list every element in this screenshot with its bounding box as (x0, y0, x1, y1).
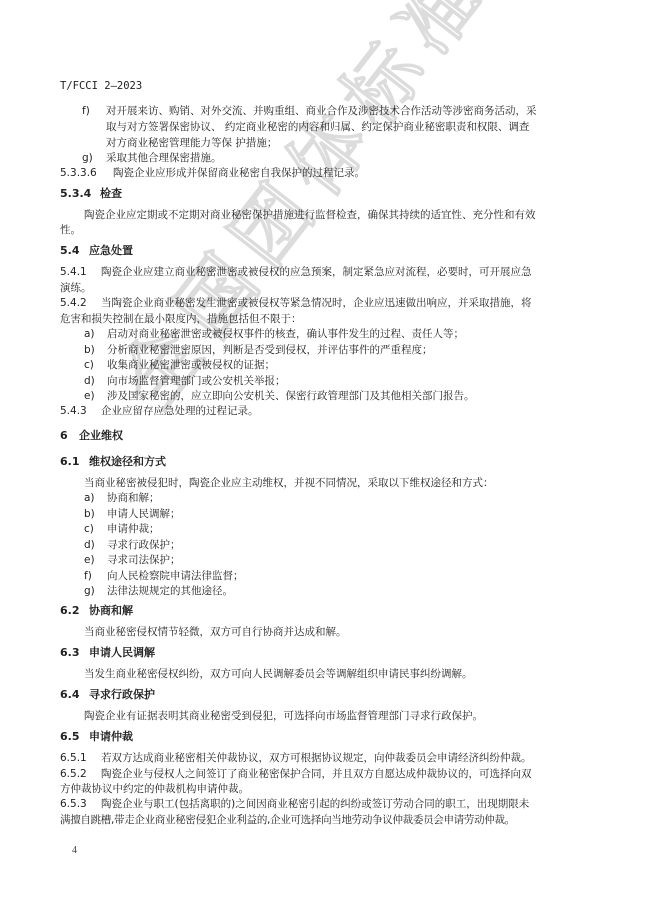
list-label: e) (84, 389, 95, 403)
clause-text: 方仲裁协议中约定的仲裁机构申请仲裁。 (60, 782, 249, 796)
list-label: g) (84, 584, 95, 598)
document-page: 全国团体标准信息平台 T/FCCI 2—2023 f) 对开展来访、购销、对外交… (0, 0, 650, 919)
section-number: 6.4 (60, 688, 80, 702)
chapter-title: 企业维权 (79, 429, 123, 443)
clause-text: 若双方达成商业秘密相关仲裁协议，双方可根据协议规定，向仲裁委员会申请经济纠纷仲裁… (101, 751, 532, 765)
list-item-text: 收集商业秘密泄密或被侵权的证据； (107, 358, 275, 372)
clause-text: 陶瓷企业与侵权人之间签订了商业秘密保护合同，并且双方自愿达成仲裁协议的，可选择向… (101, 767, 532, 781)
list-label: a) (84, 327, 95, 341)
paragraph-text: 陶瓷企业应定期或不定期对商业秘密保护措施进行监督检查，确保其持续的适宜性、充分性… (84, 208, 536, 222)
clause-number: 5.4.3 (60, 404, 87, 418)
section-title: 协商和解 (89, 604, 133, 618)
list-item-text: 向人民检察院申请法律监督； (107, 569, 244, 583)
clause-text: 陶瓷企业应形成并保留商业秘密自我保护的过程记录。 (113, 166, 365, 180)
list-label: b) (84, 343, 95, 357)
list-item-text: 法律法规规定的其他途径。 (107, 584, 233, 598)
list-item-text: 涉及国家秘密的，应立即向公安机关、保密行政管理部门及其他相关部门报告。 (107, 389, 475, 403)
list-item-text: 对方商业秘密管理能力等保 护措施； (106, 136, 277, 150)
clause-number: 5.4.2 (60, 296, 87, 310)
clause-text: 陶瓷企业应建立商业秘密泄密或被侵权的应急预案，制定紧急应对流程，必要时，可开展应… (101, 265, 532, 279)
list-label: a) (84, 491, 95, 505)
document-id-header: T/FCCI 2—2023 (60, 79, 142, 93)
list-item-text: 启动对商业秘密泄密或被侵权事件的核查，确认事件发生的过程、责任人等； (107, 327, 464, 341)
paragraph-text: 陶瓷企业有证据表明其商业秘密受到侵犯，可选择向市场监督管理部门寻求行政保护。 (84, 709, 483, 723)
list-label: d) (84, 538, 95, 552)
clause-text: 演练。 (60, 281, 92, 295)
clause-number: 6.5.3 (60, 797, 87, 811)
list-item-text: 寻求行政保护； (107, 538, 181, 552)
section-title: 应急处置 (89, 244, 133, 258)
section-number: 6.5 (60, 730, 80, 744)
clause-number: 6.5.2 (60, 767, 87, 781)
section-number: 5.4 (60, 244, 80, 258)
section-number: 6.1 (60, 455, 80, 469)
section-number: 6.3 (60, 646, 80, 660)
list-item-text: 向市场监督管理部门或公安机关举报； (107, 374, 286, 388)
list-item-text: 取与对方签署保密协议、 约定商业秘密的内容和归属、约定保护商业秘密职责和权限、调… (106, 120, 529, 134)
clause-number: 5.4.1 (60, 265, 87, 279)
list-item-text: 采取其他合理保密措施。 (106, 151, 222, 165)
clause-text: 当陶瓷企业商业秘密发生泄密或被侵权等紧急情况时，企业应迅速做出响应，并采取措施，… (101, 296, 532, 310)
clause-text: 满擅自跳槽,带走企业商业秘密侵犯企业利益的,企业可选择向当地劳动争议仲裁委员会申… (60, 813, 515, 827)
section-number: 6.2 (60, 604, 80, 618)
list-label: c) (84, 522, 94, 536)
paragraph-text: 当商业秘密被侵犯时，陶瓷企业应主动维权，并视不同情况，采取以下维权途径和方式： (84, 476, 494, 490)
paragraph-text: 性。 (60, 223, 81, 237)
list-label: f) (82, 104, 90, 118)
list-label: b) (84, 507, 95, 521)
clause-number: 5.3.3.6 (60, 166, 97, 180)
clause-text: 危害和损失控制在最小限度内，措施包括但不限于： (60, 312, 302, 326)
list-item-text: 申请仲裁； (107, 522, 160, 536)
section-title: 维权途径和方式 (89, 455, 166, 469)
section-number: 5.3.4 (60, 187, 91, 201)
list-item-text: 分析商业秘密泄密原因，判断是否受到侵权，并评估事件的严重程度； (107, 343, 433, 357)
chapter-number: 6 (60, 429, 68, 443)
clause-text: 企业应留存应急处理的过程记录。 (101, 404, 259, 418)
section-title: 申请仲裁 (89, 730, 133, 744)
section-title: 申请人民调解 (89, 646, 155, 660)
list-item-text: 对开展来访、购销、对外交流、并购重组、商业合作及涉密技术合作活动等涉密商务活动，… (106, 104, 537, 118)
list-label: e) (84, 553, 95, 567)
section-title: 检查 (100, 187, 122, 201)
page-number: 4 (72, 844, 77, 858)
paragraph-text: 当发生商业秘密侵权纠纷，双方可向人民调解委员会等调解组织申请民事纠纷调解。 (84, 667, 473, 681)
list-item-text: 寻求司法保护； (107, 553, 181, 567)
list-label: g) (82, 151, 93, 165)
list-label: d) (84, 374, 95, 388)
section-title: 寻求行政保护 (89, 688, 155, 702)
clause-text: 陶瓷企业与职工(包括离职的)之间因商业秘密引起的纠纷或签订劳动合同的职工，出现期… (101, 797, 529, 811)
list-item-text: 协商和解； (107, 491, 160, 505)
list-label: c) (84, 358, 94, 372)
clause-number: 6.5.1 (60, 751, 87, 765)
paragraph-text: 当商业秘密侵权情节轻微，双方可自行协商并达成和解。 (84, 625, 347, 639)
list-item-text: 申请人民调解； (107, 507, 181, 521)
list-label: f) (84, 569, 92, 583)
